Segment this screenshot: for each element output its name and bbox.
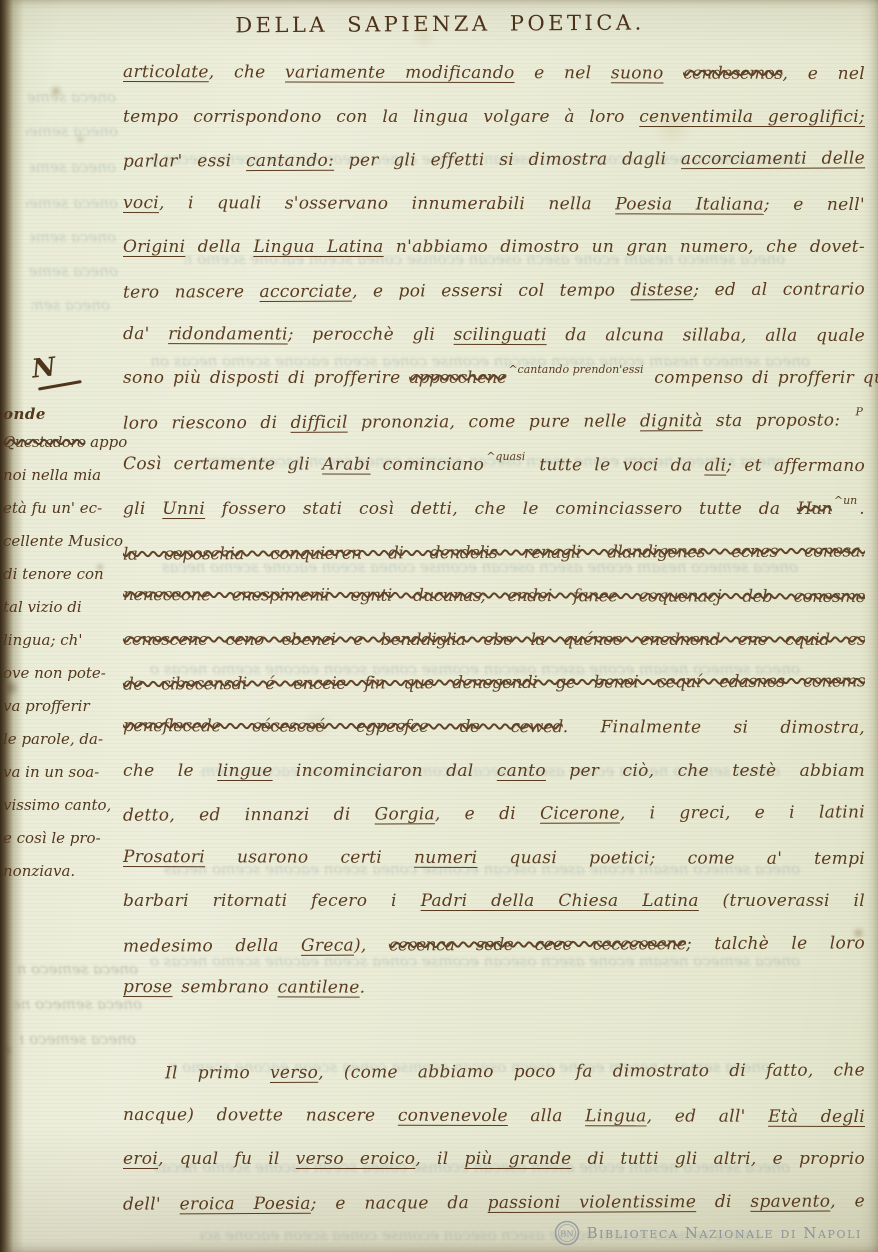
handwritten-text: ), [354, 935, 389, 955]
library-watermark: BN Biblioteca Nazionale di Napoli [554, 1220, 862, 1246]
handwritten-text: , e di [435, 804, 540, 824]
manuscript-line: la ceposchia conquieren di dendelis rena… [123, 536, 865, 583]
interlinear-insertion: ^un [834, 494, 857, 507]
underlined-word: Lingua [585, 1106, 647, 1126]
handwritten-text: ; e nell' [764, 194, 865, 214]
handwritten-text: sta proposto: [703, 410, 854, 431]
handwritten-text: di tutti gli altri, e proprio [572, 1149, 865, 1169]
underlined-word: Origini [123, 237, 185, 257]
underlined-word: passioni violentissime [488, 1192, 697, 1213]
underlined-word: ridondamenti [168, 324, 288, 344]
handwritten-text: lingua; ch' [3, 631, 82, 649]
bleedthrough-line: oneca semeco nesam econe asecn osecan ec… [30, 158, 116, 176]
handwritten-text: sembrano [173, 978, 278, 998]
manuscript-line: che le lingue incominciaron dal canto pe… [123, 756, 865, 800]
paper-stain [50, 86, 62, 96]
margin-mark: N [31, 346, 124, 407]
underlined-word: verso [270, 1063, 318, 1083]
margin-line: va profferir [3, 690, 121, 723]
handwritten-text: gli [123, 499, 162, 519]
paper-stain [76, 136, 85, 143]
underlined-word: canto [497, 761, 546, 781]
manuscript-line: detto, ed innanzi di Gorgia, e di Cicero… [123, 797, 865, 844]
interlinear-insertion: ^cantando prendon'essi [508, 363, 643, 376]
handwritten-text: della [185, 237, 253, 257]
handwritten-text: . Finalmente si dimostra, [563, 717, 865, 738]
cancelled-text: la ceposchia conquieren di dendelis rena… [123, 541, 865, 564]
underlined-word: dignità [640, 411, 703, 431]
bleedthrough-line: oneca semeco nesam econe asecn osecan ec… [20, 1030, 136, 1048]
manuscript-line: Prosatori usarono certi numeri quasi poe… [123, 842, 865, 888]
underlined-word: ali [704, 456, 726, 476]
handwritten-text: e nel [514, 63, 610, 83]
underlined-word: cantilene [278, 978, 360, 998]
manuscript-line: nacque) dovette nascere convenevole alla… [123, 1100, 865, 1146]
handwritten-text: barbari ritornati fecero i [123, 891, 421, 911]
handwritten-text: tempo corrispondono con la lingua volgar… [123, 107, 639, 127]
margin-line: ove non pote- [3, 657, 121, 690]
manuscript-line: eroi, qual fu il verso eroico, il più gr… [123, 1144, 865, 1188]
handwritten-text: . [360, 978, 366, 998]
manuscript-page: oneca semeco nesam econe asecn osecan ec… [0, 0, 878, 1252]
handwritten-text: vissimo canto, [3, 796, 111, 814]
underlined-word: accorciamenti delle [681, 149, 865, 170]
bleedthrough-line: oneca semeco nesam econe asecn osecan ec… [32, 296, 110, 314]
margin-line: lingua; ch' [3, 624, 121, 657]
underlined-word: articolate [123, 62, 209, 82]
underlined-word: distese [630, 280, 693, 300]
underlined-word: convenevole [398, 1105, 508, 1125]
handwritten-text: ; talchè le loro [686, 933, 865, 954]
margin-line: di tenore con [3, 558, 121, 591]
handwritten-text: cellente Musico [3, 532, 123, 550]
handwritten-text: appo [85, 433, 127, 451]
manuscript-line: de cibecensdi é enceie fin que denegendi… [123, 667, 865, 714]
handwritten-text: loro riescono di [123, 413, 291, 434]
handwritten-text: usarono certi [205, 847, 414, 868]
library-logo-icon: BN [554, 1220, 580, 1246]
margin-line: e così le pro- [3, 822, 121, 855]
underlined-word: lingue [217, 761, 273, 781]
underlined-word: Unni [162, 499, 205, 519]
handwritten-text: cominciano [371, 455, 485, 475]
manuscript-line: peneflecede cécesceé egpecfce de cewed. … [123, 711, 865, 757]
underlined-word: verso eroico [296, 1149, 416, 1169]
handwritten-text: (truoverassi il [699, 891, 865, 911]
handwritten-text: ove non pote- [3, 664, 106, 682]
cancelled-text: Hun [797, 499, 832, 519]
handwritten-text: di tenore con [3, 565, 104, 583]
bleedthrough-line: oneca semeco nesam econe asecn osecan ec… [30, 228, 116, 246]
bleedthrough-line: oneca semeco nesam econe asecn osecan ec… [26, 122, 118, 140]
handwritten-text: per ciò, che testè abbiam [546, 761, 865, 781]
paper-stain [2, 1046, 12, 1054]
handwritten-text: dell' [123, 1194, 180, 1214]
underlined-word: variamente modificando [285, 62, 515, 83]
handwritten-text: per gli effetti si dimostra dagli [334, 149, 681, 171]
handwritten-text: va in un soa- [3, 763, 99, 781]
handwritten-text: e così le pro- [3, 829, 101, 847]
library-logo-monogram: BN [560, 1229, 574, 1239]
underlined-word: scilinguati [454, 324, 547, 344]
handwritten-text: ; ed al contrario [693, 279, 865, 300]
margin-line: noi nella mia [3, 459, 121, 492]
underlined-word: spavento [750, 1191, 830, 1211]
manuscript-line: neneceone enespimenii egnti ducunas; end… [123, 580, 865, 626]
manuscript-line: parlar' essi cantando: per gli effetti s… [123, 144, 865, 191]
handwritten-text: noi nella mia [3, 466, 101, 484]
underlined-word: più grande [465, 1149, 572, 1169]
handwritten-text: , ed all' [647, 1106, 769, 1126]
manuscript-line: articolate, che variamente modificando e… [123, 57, 865, 103]
margin-note-lines: ondeQuestadoro apponoi nella miaetà fu u… [3, 402, 121, 888]
margin-line: tal vizio di [3, 591, 121, 624]
underlined-word: Cicerone [540, 804, 620, 824]
margin-line: età fu un' ec- [3, 492, 121, 525]
margin-line: va in un soa- [3, 756, 121, 789]
manuscript-line: medesimo della Greca), cecenca sede ceec… [123, 928, 865, 975]
cancelled-text: Questadoro [3, 433, 85, 451]
handwritten-text: prononzia, come pure nelle [348, 411, 640, 432]
handwritten-text: detto, ed innanzi di [123, 805, 375, 826]
handwritten-text: nonziava. [3, 862, 75, 880]
margin-line: cellente Musico [3, 525, 121, 558]
underlined-word: Età degli [768, 1106, 865, 1126]
handwritten-text: n'abbiamo dimostro un gran numero, che d… [384, 237, 865, 257]
margin-mark-letter: N [31, 352, 58, 384]
manuscript-line: loro riescono di difficil prononzia, com… [123, 405, 865, 452]
manuscript-line: cenescene ceno ebenei e benddiglia ebe l… [123, 625, 865, 669]
underlined-word: difficil [291, 412, 348, 432]
cancelled-text: neneceone enespimenii egnti ducunas; end… [123, 585, 865, 607]
bleedthrough-line: oneca semeco nesam econe asecn osecan ec… [16, 960, 138, 978]
margin-line: le parole, da- [3, 723, 121, 756]
underlined-word: eroi [123, 1149, 158, 1169]
bleedthrough-line: oneca semeco nesam econe asecn osecan ec… [26, 194, 118, 212]
underlined-word: eroica Poesia [180, 1194, 311, 1215]
paragraph-break [123, 1017, 865, 1057]
interlinear-insertion: P [856, 405, 863, 418]
handwritten-text: , i quali s'osservano innumerabili nella [159, 193, 615, 214]
manuscript-line: Origini della Lingua Latina n'abbiamo di… [123, 232, 865, 276]
handwritten-text: di [696, 1192, 750, 1212]
cancelled-text: de cibecensdi é enceie fin que denegendi… [123, 672, 865, 695]
cancelled-text: cecenca sede ceec cecceceene [389, 934, 686, 955]
handwritten-text: da alcuna sillaba, alla quale [547, 325, 865, 346]
margin-line: nonziava. [3, 855, 121, 888]
manuscript-line: Il primo verso, (come abbiamo poco fa di… [123, 1055, 865, 1102]
bleedthrough-line: oneca semeco nesam econe asecn osecan ec… [28, 262, 118, 280]
handwritten-text: ; e nacque da [311, 1193, 488, 1214]
manuscript-line: tero nascere accorciate, e poi essersi c… [123, 274, 865, 321]
handwritten-text: , e poi essersi col tempo [352, 280, 631, 301]
underlined-word: Gorgia [375, 804, 435, 824]
handwritten-text: alla [508, 1106, 585, 1126]
handwritten-text: , e [830, 1191, 865, 1211]
handwritten-text [664, 63, 684, 83]
handwritten-text: ; perocchè gli [288, 324, 454, 344]
handwritten-text: sono più disposti di profferire [123, 368, 409, 388]
handwritten-text: , che [209, 62, 285, 82]
handwritten-text: età fu un' ec- [3, 499, 102, 517]
manuscript-line: voci, i quali s'osservano innumerabili n… [123, 188, 865, 234]
handwritten-text: da' [123, 324, 168, 344]
handwritten-text: parlar' essi [123, 151, 246, 172]
cancelled-text: cenescene ceno ebenei e benddiglia ebe l… [123, 630, 865, 650]
margin-line: onde [3, 402, 121, 426]
handwritten-text: va profferir [3, 697, 90, 715]
handwritten-text: nacque) dovette nascere [123, 1105, 398, 1126]
underlined-word: voci [123, 193, 159, 213]
handwritten-text: Così certamente gli [123, 454, 322, 475]
manuscript-line: sono più disposti di profferire appocche… [123, 363, 865, 407]
underlined-word: prose [123, 977, 173, 997]
library-watermark-text: Biblioteca Nazionale di Napoli [587, 1224, 862, 1242]
handwritten-text: medesimo della [123, 936, 301, 957]
underlined-word: suono [611, 63, 664, 83]
manuscript-line: gli Unni fossero stati così detti, che l… [123, 494, 865, 538]
underlined-word: cenventimila geroglifici; [639, 107, 865, 127]
cancelled-text: peneflecede cécesceé egpecfce de cewed [123, 716, 563, 737]
underlined-word: numeri [414, 847, 478, 867]
handwritten-text: Il primo [165, 1063, 270, 1083]
handwritten-text: , i greci, e i latini [620, 802, 865, 823]
handwritten-text: , (come abbiamo poco fa dimostrato di fa… [318, 1060, 865, 1082]
margin-line: Questadoro appo [3, 426, 121, 459]
margin-note: N ondeQuestadoro apponoi nella miaetà fu… [3, 350, 121, 888]
underlined-word: Poesia Italiana [615, 194, 764, 214]
manuscript-line: da' ridondamenti; perocchè gli scilingua… [123, 319, 865, 365]
handwritten-text: , il [415, 1149, 464, 1169]
manuscript-line: prose sembrano cantilene. [123, 972, 865, 1018]
handwritten-text: quasi poetici; come a' tempi [477, 848, 865, 869]
bleedthrough-line: oneca semeco nesam econe asecn osecan ec… [28, 88, 116, 106]
cancelled-text: cendesemos [683, 63, 782, 83]
insertion-word: onde [3, 405, 46, 423]
handwritten-text: tal vizio di [3, 598, 82, 616]
manuscript-line: tempo corrispondono con la lingua volgar… [123, 102, 865, 146]
underlined-word: Greca [301, 935, 354, 955]
manuscript-body: articolate, che variamente modificando e… [123, 58, 865, 1231]
underlined-word: cantando: [246, 151, 334, 171]
handwritten-text: che le [123, 761, 217, 781]
handwritten-text: le parole, da- [3, 730, 103, 748]
handwritten-text: ; et affermano [726, 456, 865, 476]
cancelled-text: appocchene [409, 368, 506, 388]
handwritten-text: fossero stati così detti, che le cominci… [205, 499, 797, 519]
margin-line: vissimo canto, [3, 789, 121, 822]
handwritten-text: . [859, 499, 865, 519]
page-title: DELLA SAPIENZA POETICA. [150, 10, 730, 38]
manuscript-line: Così certamente gli Arabi cominciano^qua… [123, 449, 865, 495]
underlined-word: Arabi [322, 455, 370, 475]
handwritten-text: incominciaron dal [273, 761, 497, 781]
interlinear-insertion: ^quasi [486, 450, 525, 463]
underlined-word: Prosatori [123, 847, 205, 867]
handwritten-text: , qual fu il [158, 1149, 296, 1169]
handwritten-text: , e nel [782, 64, 865, 84]
underlined-word: Lingua Latina [253, 237, 383, 257]
manuscript-line: barbari ritornati fecero i Padri della C… [123, 886, 865, 930]
underlined-word: accorciate [259, 282, 352, 302]
handwritten-text: compenso di profferir quelle, che [646, 368, 878, 388]
underlined-word: Padri della Chiesa Latina [421, 891, 699, 911]
handwritten-text: tero nascere [123, 282, 260, 303]
handwritten-text: tutte le voci da [527, 455, 704, 475]
